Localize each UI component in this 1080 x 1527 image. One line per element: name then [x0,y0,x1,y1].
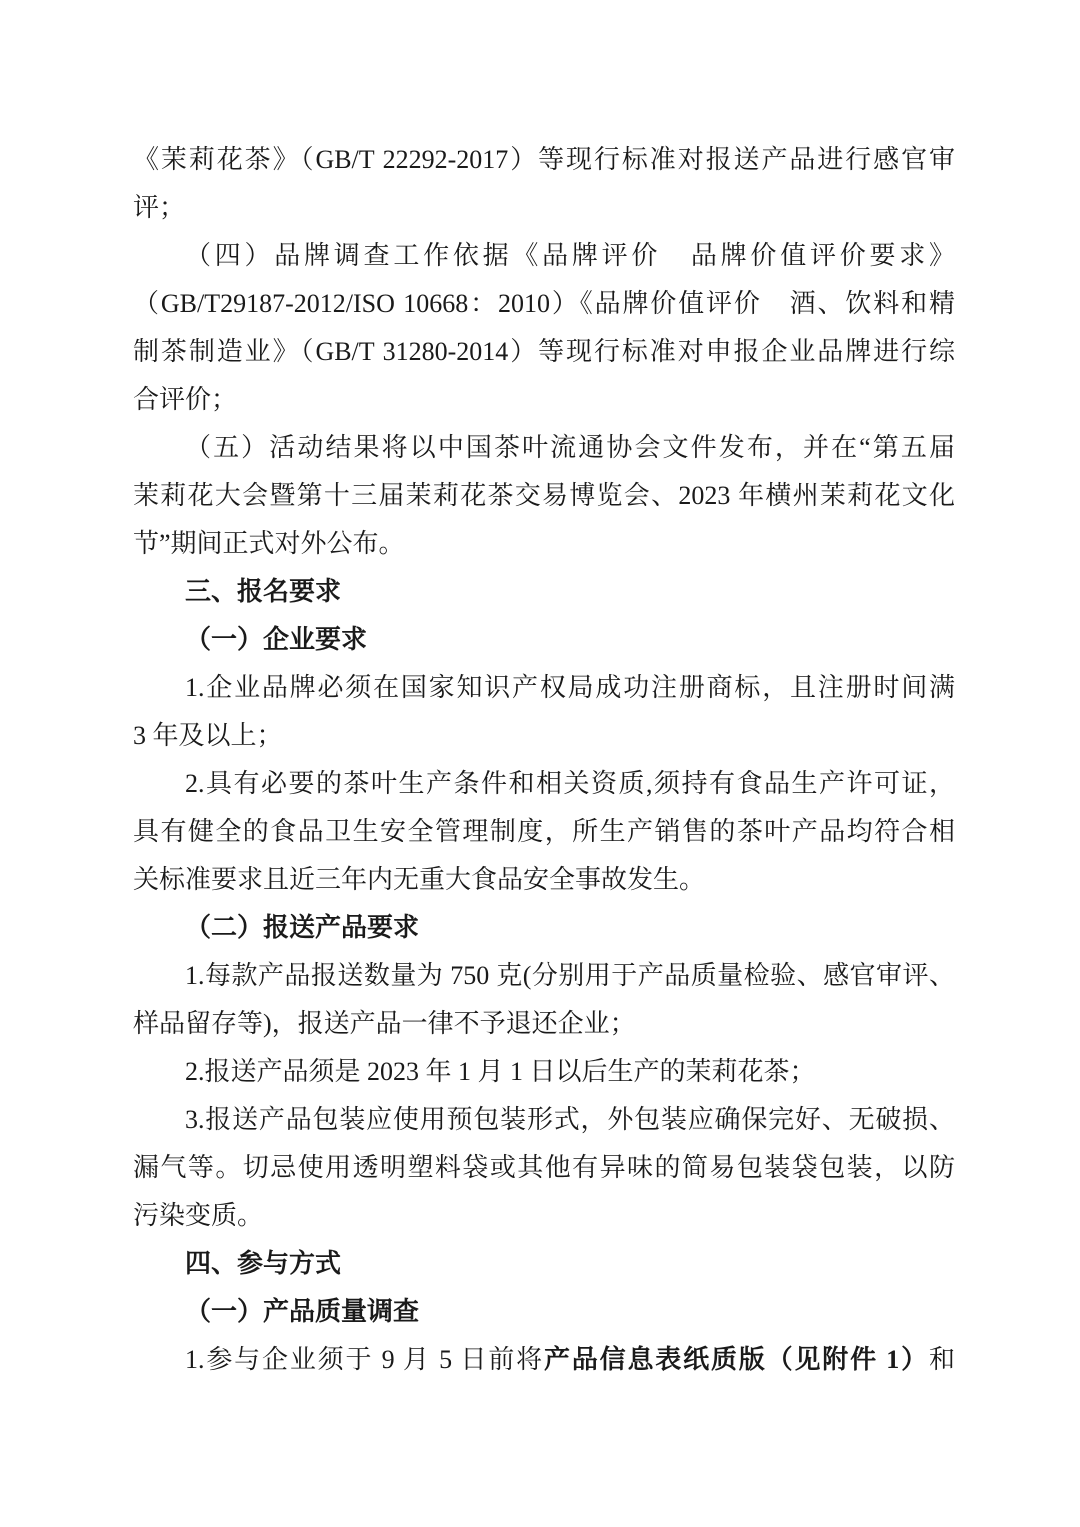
text-line: 1.每款产品报送数量为 750 克(分别用于产品质量检验、感官审评、 [133,952,955,1000]
text-line: （五）活动结果将以中国茶叶流通协会文件发布，并在“第五届 [133,424,955,472]
bold-text-segment: （一）产品质量调查 [185,1297,419,1326]
text-segment: 茉莉花大会暨第十三届茉莉花茶交易博览会、2023 年横州茉莉花文化 [133,481,955,510]
text-segment: （GB/T29187-2012/ISO 10668：2010）《品牌价值评价 酒… [133,289,955,318]
text-segment: 关标准要求且近三年内无重大食品安全事故发生。 [133,865,705,894]
text-line: 2.报送产品须是 2023 年 1 月 1 日以后生产的茉莉花茶； [133,1048,955,1096]
text-line: 2.具有必要的茶叶生产条件和相关资质,须持有食品生产许可证， [133,760,955,808]
text-line: 《茉莉花茶》（GB/T 22292-2017）等现行标准对报送产品进行感官审 [133,136,955,184]
text-segment: 合评价； [133,385,237,414]
text-line: （四）品牌调查工作依据《品牌评价 品牌价值评价要求》 [133,232,955,280]
text-segment: 《茉莉花茶》（GB/T 22292-2017）等现行标准对报送产品进行感官审 [133,145,955,174]
text-line: 3.报送产品包装应使用预包装形式，外包装应确保完好、无破损、 [133,1096,955,1144]
text-line: （一）产品质量调查 [133,1288,955,1336]
text-line: 具有健全的食品卫生安全管理制度，所生产销售的茶叶产品均符合相 [133,808,955,856]
bold-text-segment: （二）报送产品要求 [185,913,419,942]
text-line: （GB/T29187-2012/ISO 10668：2010）《品牌价值评价 酒… [133,280,955,328]
text-line: 漏气等。切忌使用透明塑料袋或其他有异味的简易包装袋包装，以防 [133,1144,955,1192]
text-segment: 3.报送产品包装应使用预包装形式，外包装应确保完好、无破损、 [185,1105,955,1134]
text-segment: 具有健全的食品卫生安全管理制度，所生产销售的茶叶产品均符合相 [133,817,955,846]
text-segment: 评； [133,193,185,222]
text-line: 制茶制造业》（GB/T 31280-2014）等现行标准对申报企业品牌进行综 [133,328,955,376]
text-line: 1.企业品牌必须在国家知识产权局成功注册商标，且注册时间满 [133,664,955,712]
text-segment: 1.每款产品报送数量为 750 克(分别用于产品质量检验、感官审评、 [185,961,955,990]
text-segment: 制茶制造业》（GB/T 31280-2014）等现行标准对申报企业品牌进行综 [133,337,955,366]
text-line: 污染变质。 [133,1192,955,1240]
bold-text-segment: 四、参与方式 [185,1249,341,1278]
text-segment: 和 [929,1345,955,1374]
text-line: 四、参与方式 [133,1240,955,1288]
text-line: 样品留存等)，报送产品一律不予退还企业； [133,1000,955,1048]
text-segment: 1.参与企业须于 9 月 5 日前将 [185,1345,544,1374]
text-segment: 样品留存等)，报送产品一律不予退还企业； [133,1009,636,1038]
text-segment: （四）品牌调查工作依据《品牌评价 品牌价值评价要求》 [185,241,955,270]
text-line: 1.参与企业须于 9 月 5 日前将产品信息表纸质版（见附件 1）和 [133,1336,955,1384]
text-line: 关标准要求且近三年内无重大食品安全事故发生。 [133,856,955,904]
text-segment: 2.报送产品须是 2023 年 1 月 1 日以后生产的茉莉花茶； [185,1057,816,1086]
text-line: （二）报送产品要求 [133,904,955,952]
text-line: （一）企业要求 [133,616,955,664]
text-line: 节”期间正式对外公布。 [133,520,955,568]
text-line: 三、报名要求 [133,568,955,616]
text-line: 茉莉花大会暨第十三届茉莉花茶交易博览会、2023 年横州茉莉花文化 [133,472,955,520]
text-line: 3 年及以上； [133,712,955,760]
text-segment: 污染变质。 [133,1201,263,1230]
text-line: 评； [133,184,955,232]
document-body: 《茉莉花茶》（GB/T 22292-2017）等现行标准对报送产品进行感官审评；… [133,136,955,1384]
text-segment: （五）活动结果将以中国茶叶流通协会文件发布，并在“第五届 [185,433,955,462]
text-segment: 节”期间正式对外公布。 [133,529,405,558]
text-segment: 3 年及以上； [133,721,283,750]
text-line: 合评价； [133,376,955,424]
text-segment: 1.企业品牌必须在国家知识产权局成功注册商标，且注册时间满 [185,673,955,702]
bold-text-segment: 产品信息表纸质版（见附件 1） [544,1345,929,1374]
document-page: 《茉莉花茶》（GB/T 22292-2017）等现行标准对报送产品进行感官审评；… [0,0,1080,1527]
text-segment: 2.具有必要的茶叶生产条件和相关资质,须持有食品生产许可证， [185,769,955,798]
bold-text-segment: 三、报名要求 [185,577,341,606]
bold-text-segment: （一）企业要求 [185,625,367,654]
text-segment: 漏气等。切忌使用透明塑料袋或其他有异味的简易包装袋包装，以防 [133,1153,955,1182]
